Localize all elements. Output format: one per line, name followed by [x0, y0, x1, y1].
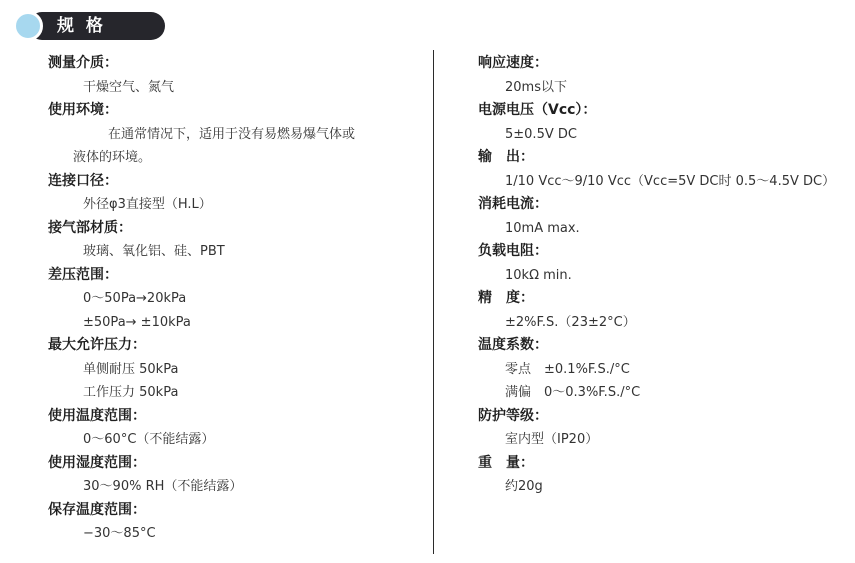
- spec-value: 零点 ±0.1%F.S./°C: [505, 358, 850, 382]
- spec-item-supply-voltage: 电源电压（Vcc）： 5±0.5V DC: [478, 99, 850, 146]
- spec-sheet-page: 规 格 测量介质： 干燥空气、氮气 使用环境： 在通常情况下，适用于没有易燃易爆…: [0, 0, 855, 563]
- spec-item-measuring-medium: 测量介质： 干燥空气、氮气: [48, 52, 423, 99]
- spec-label: 防护等级：: [478, 405, 850, 429]
- spec-value: 5±0.5V DC: [505, 123, 850, 147]
- section-title: 规 格: [57, 12, 106, 40]
- spec-label: 重 量：: [478, 452, 850, 476]
- section-header-dot-icon: [13, 11, 43, 41]
- spec-label: 消耗电流：: [478, 193, 850, 217]
- spec-label: 使用温度范围：: [48, 405, 423, 429]
- spec-item-storage-temperature-range: 保存温度范围： −30～85°C: [48, 499, 423, 546]
- spec-item-protection-rating: 防护等级： 室内型（IP20）: [478, 405, 850, 452]
- column-divider: [433, 50, 434, 554]
- spec-value: 满偏 0～0.3%F.S./°C: [505, 381, 850, 405]
- spec-value: 外径φ3直接型（H.L）: [83, 193, 423, 217]
- spec-item-operating-temperature-range: 使用温度范围： 0～60°C（不能结露）: [48, 405, 423, 452]
- spec-label: 连接口径：: [48, 170, 423, 194]
- spec-label: 电源电压（Vcc）：: [478, 99, 850, 123]
- spec-value: 液体的环境。: [73, 146, 423, 170]
- spec-label: 测量介质：: [48, 52, 423, 76]
- spec-value: 约20g: [505, 475, 850, 499]
- spec-value: 10kΩ min.: [505, 264, 850, 288]
- spec-label: 温度系数：: [478, 334, 850, 358]
- spec-value: 干燥空气、氮气: [83, 76, 423, 100]
- spec-value: 在通常情况下，适用于没有易燃易爆气体或: [108, 123, 423, 147]
- spec-column-left: 测量介质： 干燥空气、氮气 使用环境： 在通常情况下，适用于没有易燃易爆气体或 …: [48, 52, 423, 546]
- spec-item-temperature-coefficient: 温度系数： 零点 ±0.1%F.S./°C 满偏 0～0.3%F.S./°C: [478, 334, 850, 405]
- spec-label: 负载电阻：: [478, 240, 850, 264]
- spec-item-differential-pressure-range: 差压范围： 0～50Pa→20kPa ±50Pa→ ±10kPa: [48, 264, 423, 335]
- spec-item-operating-humidity-range: 使用湿度范围： 30～90% RH（不能结露）: [48, 452, 423, 499]
- spec-item-load-resistance: 负载电阻： 10kΩ min.: [478, 240, 850, 287]
- spec-value: 10mA max.: [505, 217, 850, 241]
- spec-label: 使用环境：: [48, 99, 423, 123]
- spec-label: 输 出：: [478, 146, 850, 170]
- spec-column-right: 响应速度： 20ms以下 电源电压（Vcc）： 5±0.5V DC 输 出： 1…: [478, 52, 850, 499]
- spec-value: 0～60°C（不能结露）: [83, 428, 423, 452]
- spec-value: ±50Pa→ ±10kPa: [83, 311, 423, 335]
- spec-item-current-consumption: 消耗电流： 10mA max.: [478, 193, 850, 240]
- spec-item-weight: 重 量： 约20g: [478, 452, 850, 499]
- spec-value: ±2%F.S.（23±2°C）: [505, 311, 850, 335]
- spec-value: 工作压力 50kPa: [83, 381, 423, 405]
- spec-item-wetted-materials: 接气部材质： 玻璃、氧化铝、硅、PBT: [48, 217, 423, 264]
- spec-value: 玻璃、氧化铝、硅、PBT: [83, 240, 423, 264]
- spec-value: 0～50Pa→20kPa: [83, 287, 423, 311]
- spec-value: 30～90% RH（不能结露）: [83, 475, 423, 499]
- spec-item-accuracy: 精 度： ±2%F.S.（23±2°C）: [478, 287, 850, 334]
- spec-value: 室内型（IP20）: [505, 428, 850, 452]
- spec-label: 差压范围：: [48, 264, 423, 288]
- spec-label: 使用湿度范围：: [48, 452, 423, 476]
- spec-value: 1/10 Vcc～9/10 Vcc（Vcc=5V DC时 0.5～4.5V DC…: [505, 170, 850, 194]
- spec-value: 单侧耐压 50kPa: [83, 358, 423, 382]
- spec-label: 接气部材质：: [48, 217, 423, 241]
- spec-label: 响应速度：: [478, 52, 850, 76]
- spec-label: 精 度：: [478, 287, 850, 311]
- spec-item-operating-environment: 使用环境： 在通常情况下，适用于没有易燃易爆气体或 液体的环境。: [48, 99, 423, 170]
- spec-item-output: 输 出： 1/10 Vcc～9/10 Vcc（Vcc=5V DC时 0.5～4.…: [478, 146, 850, 193]
- spec-value: −30～85°C: [83, 522, 423, 546]
- spec-item-response-speed: 响应速度： 20ms以下: [478, 52, 850, 99]
- spec-item-connection-diameter: 连接口径： 外径φ3直接型（H.L）: [48, 170, 423, 217]
- spec-label: 保存温度范围：: [48, 499, 423, 523]
- section-header: 规 格: [0, 0, 300, 50]
- spec-label: 最大允许压力：: [48, 334, 423, 358]
- spec-item-max-allowable-pressure: 最大允许压力： 单侧耐压 50kPa 工作压力 50kPa: [48, 334, 423, 405]
- spec-value: 20ms以下: [505, 76, 850, 100]
